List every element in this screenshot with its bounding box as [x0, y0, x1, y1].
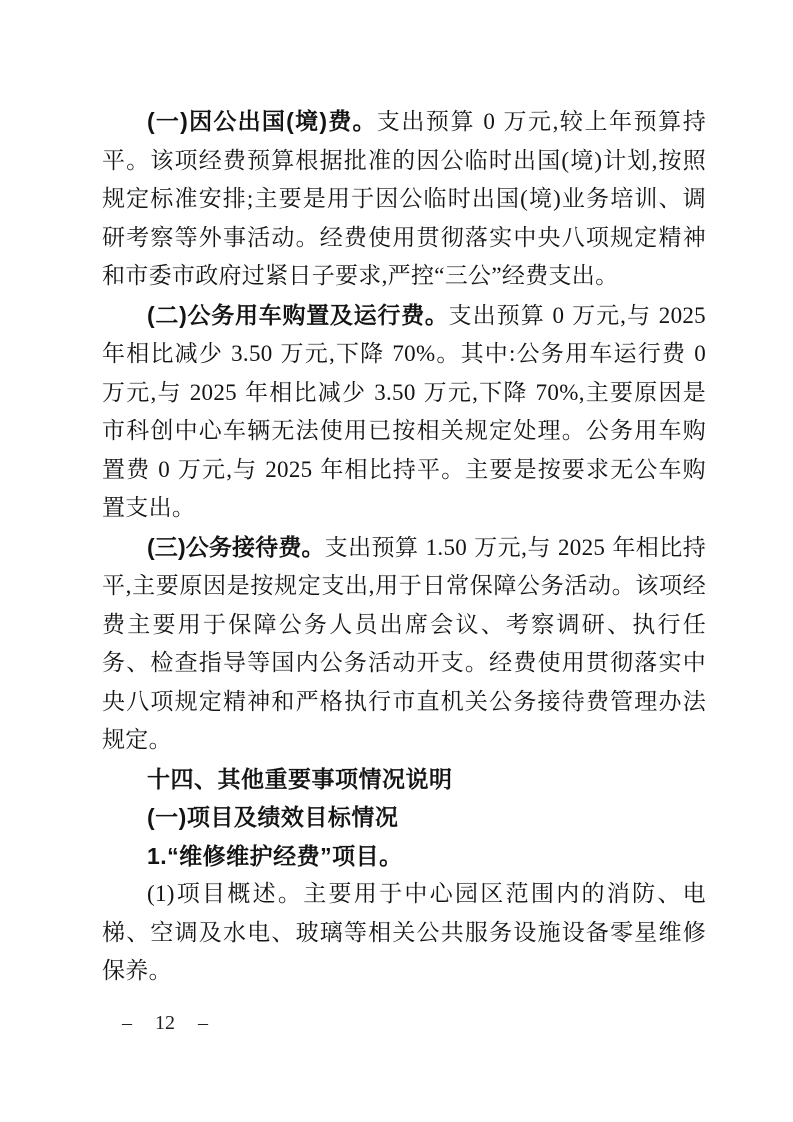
heading-project-performance-targets: (一)项目及绩效目标情况 — [102, 798, 706, 837]
paragraph-text-overseas-travel: 支出预算 0 万元,较上年预算持平。该项经费预算根据批准的因公临时出国(境)计划… — [102, 109, 706, 288]
paragraph-text-project-overview: (1)项目概述。主要用于中心园区范围内的消防、电梯、空调及水电、玻璃等相关公共服… — [102, 881, 706, 983]
paragraph-text-official-reception: 支出预算 1.50 万元,与 2025 年相比持平,主要原因是按规定支出,用于日… — [102, 535, 706, 753]
paragraph-official-vehicle-expense: (二)公务用车购置及运行费。支出预算 0 万元,与 2025 年相比减少 3.5… — [102, 296, 706, 528]
page-number: – 12 – — [122, 1011, 208, 1035]
paragraph-lead-official-vehicle: (二)公务用车购置及运行费。 — [147, 302, 449, 328]
paragraph-project-overview: (1)项目概述。主要用于中心园区范围内的消防、电梯、空调及水电、玻璃等相关公共服… — [102, 875, 706, 991]
paragraph-lead-overseas-travel: (一)因公出国(境)费。 — [147, 108, 377, 134]
paragraph-lead-official-reception: (三)公务接待费。 — [147, 534, 325, 560]
heading-other-important-matters: 十四、其他重要事项情况说明 — [102, 760, 706, 799]
paragraph-overseas-travel-expense: (一)因公出国(境)费。支出预算 0 万元,较上年预算持平。该项经费预算根据批准… — [102, 102, 706, 296]
document-body: (一)因公出国(境)费。支出预算 0 万元,较上年预算持平。该项经费预算根据批准… — [102, 102, 706, 991]
document-page: (一)因公出国(境)费。支出预算 0 万元,较上年预算持平。该项经费预算根据批准… — [0, 0, 793, 1122]
paragraph-official-reception-expense: (三)公务接待费。支出预算 1.50 万元,与 2025 年相比持平,主要原因是… — [102, 528, 706, 760]
paragraph-text-official-vehicle: 支出预算 0 万元,与 2025 年相比减少 3.50 万元,下降 70%。其中… — [102, 303, 706, 521]
heading-maintenance-fund-project: 1.“维修维护经费”项目。 — [102, 837, 706, 876]
